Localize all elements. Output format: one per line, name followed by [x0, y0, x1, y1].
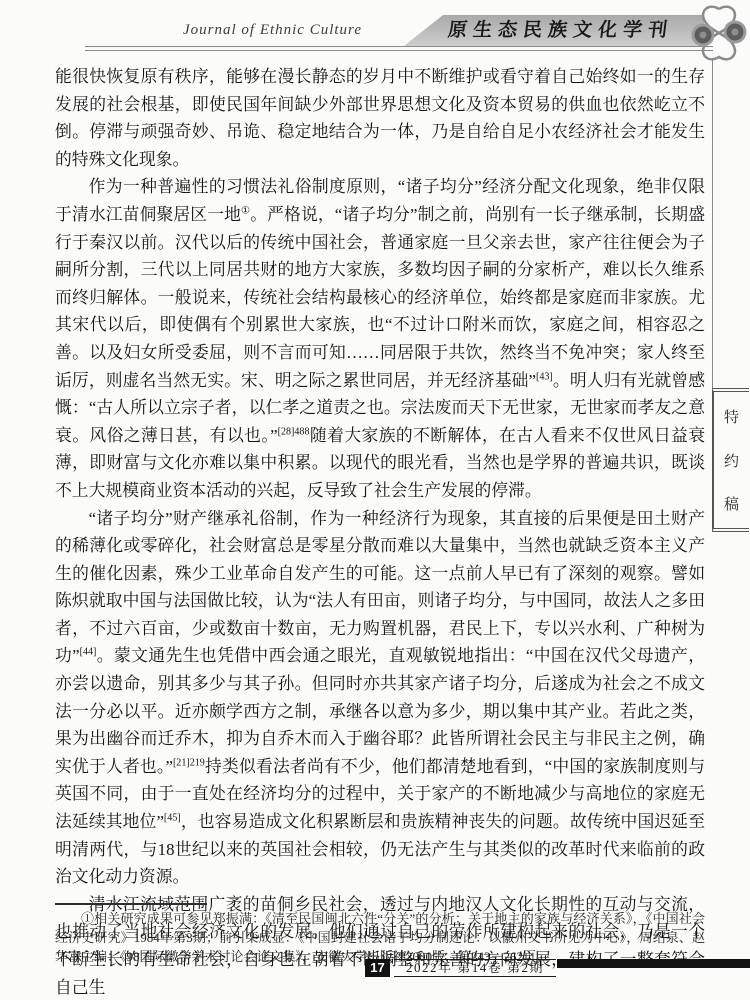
page-footer: 17 2022年 第14卷 第2期	[365, 959, 556, 977]
footnote-text: ①相关研究成果可参见郑振满：《清至民国闽北六件“分关”的分析：关于地主的家族与经…	[55, 909, 705, 966]
footer-bar	[557, 959, 750, 968]
journal-page: Journal of Ethnic Culture 原生态民族文化学刊 特约稿 …	[0, 0, 750, 1000]
citation-superscript: [45]	[164, 812, 181, 823]
article-body: 能很快恢复原有秩序，能够在漫长静态的岁月中不断维护或看守着自己始终如一的生存发展…	[55, 63, 705, 1000]
right-margin-line	[712, 60, 713, 388]
journal-title-banner: 原生态民族文化学刊	[404, 15, 704, 46]
paragraph: 作为一种普遍性的习惯法礼俗制度原则，“诸子均分”经济分配文化现象，绝非仅限于清水…	[55, 173, 705, 504]
citation-superscript: [44]	[80, 647, 97, 658]
citation-superscript: ①	[241, 205, 250, 216]
footnote: ①相关研究成果可参见郑振满：《清至民国闽北六件“分关”的分析：关于地主的家族与经…	[55, 909, 705, 966]
journal-title-english: Journal of Ethnic Culture	[100, 22, 362, 39]
issue-info: 2022年 第14卷 第2期	[394, 959, 556, 977]
header-divider	[85, 46, 713, 51]
footnote-separator	[55, 903, 207, 905]
section-label-char: 稿	[724, 493, 739, 514]
section-label-box: 特约稿	[712, 388, 749, 532]
citation-superscript: [21]219	[173, 757, 205, 768]
citation-superscript: [43]	[536, 371, 553, 382]
paragraph: 能很快恢复原有秩序，能够在漫长静态的岁月中不断维护或看守着自己始终如一的生存发展…	[55, 63, 705, 173]
journal-title-chinese: 原生态民族文化学刊	[402, 15, 706, 46]
paragraph: “诸子均分”财产继承礼俗制，作为一种经济行为现象，其直接的后果便是田土财产的稀薄…	[55, 505, 705, 891]
section-label-char: 特	[724, 406, 739, 427]
journal-knot-logo-icon	[690, 2, 748, 64]
citation-superscript: [28]488	[278, 426, 310, 437]
page-number: 17	[365, 959, 390, 977]
section-label-char: 约	[724, 450, 739, 471]
